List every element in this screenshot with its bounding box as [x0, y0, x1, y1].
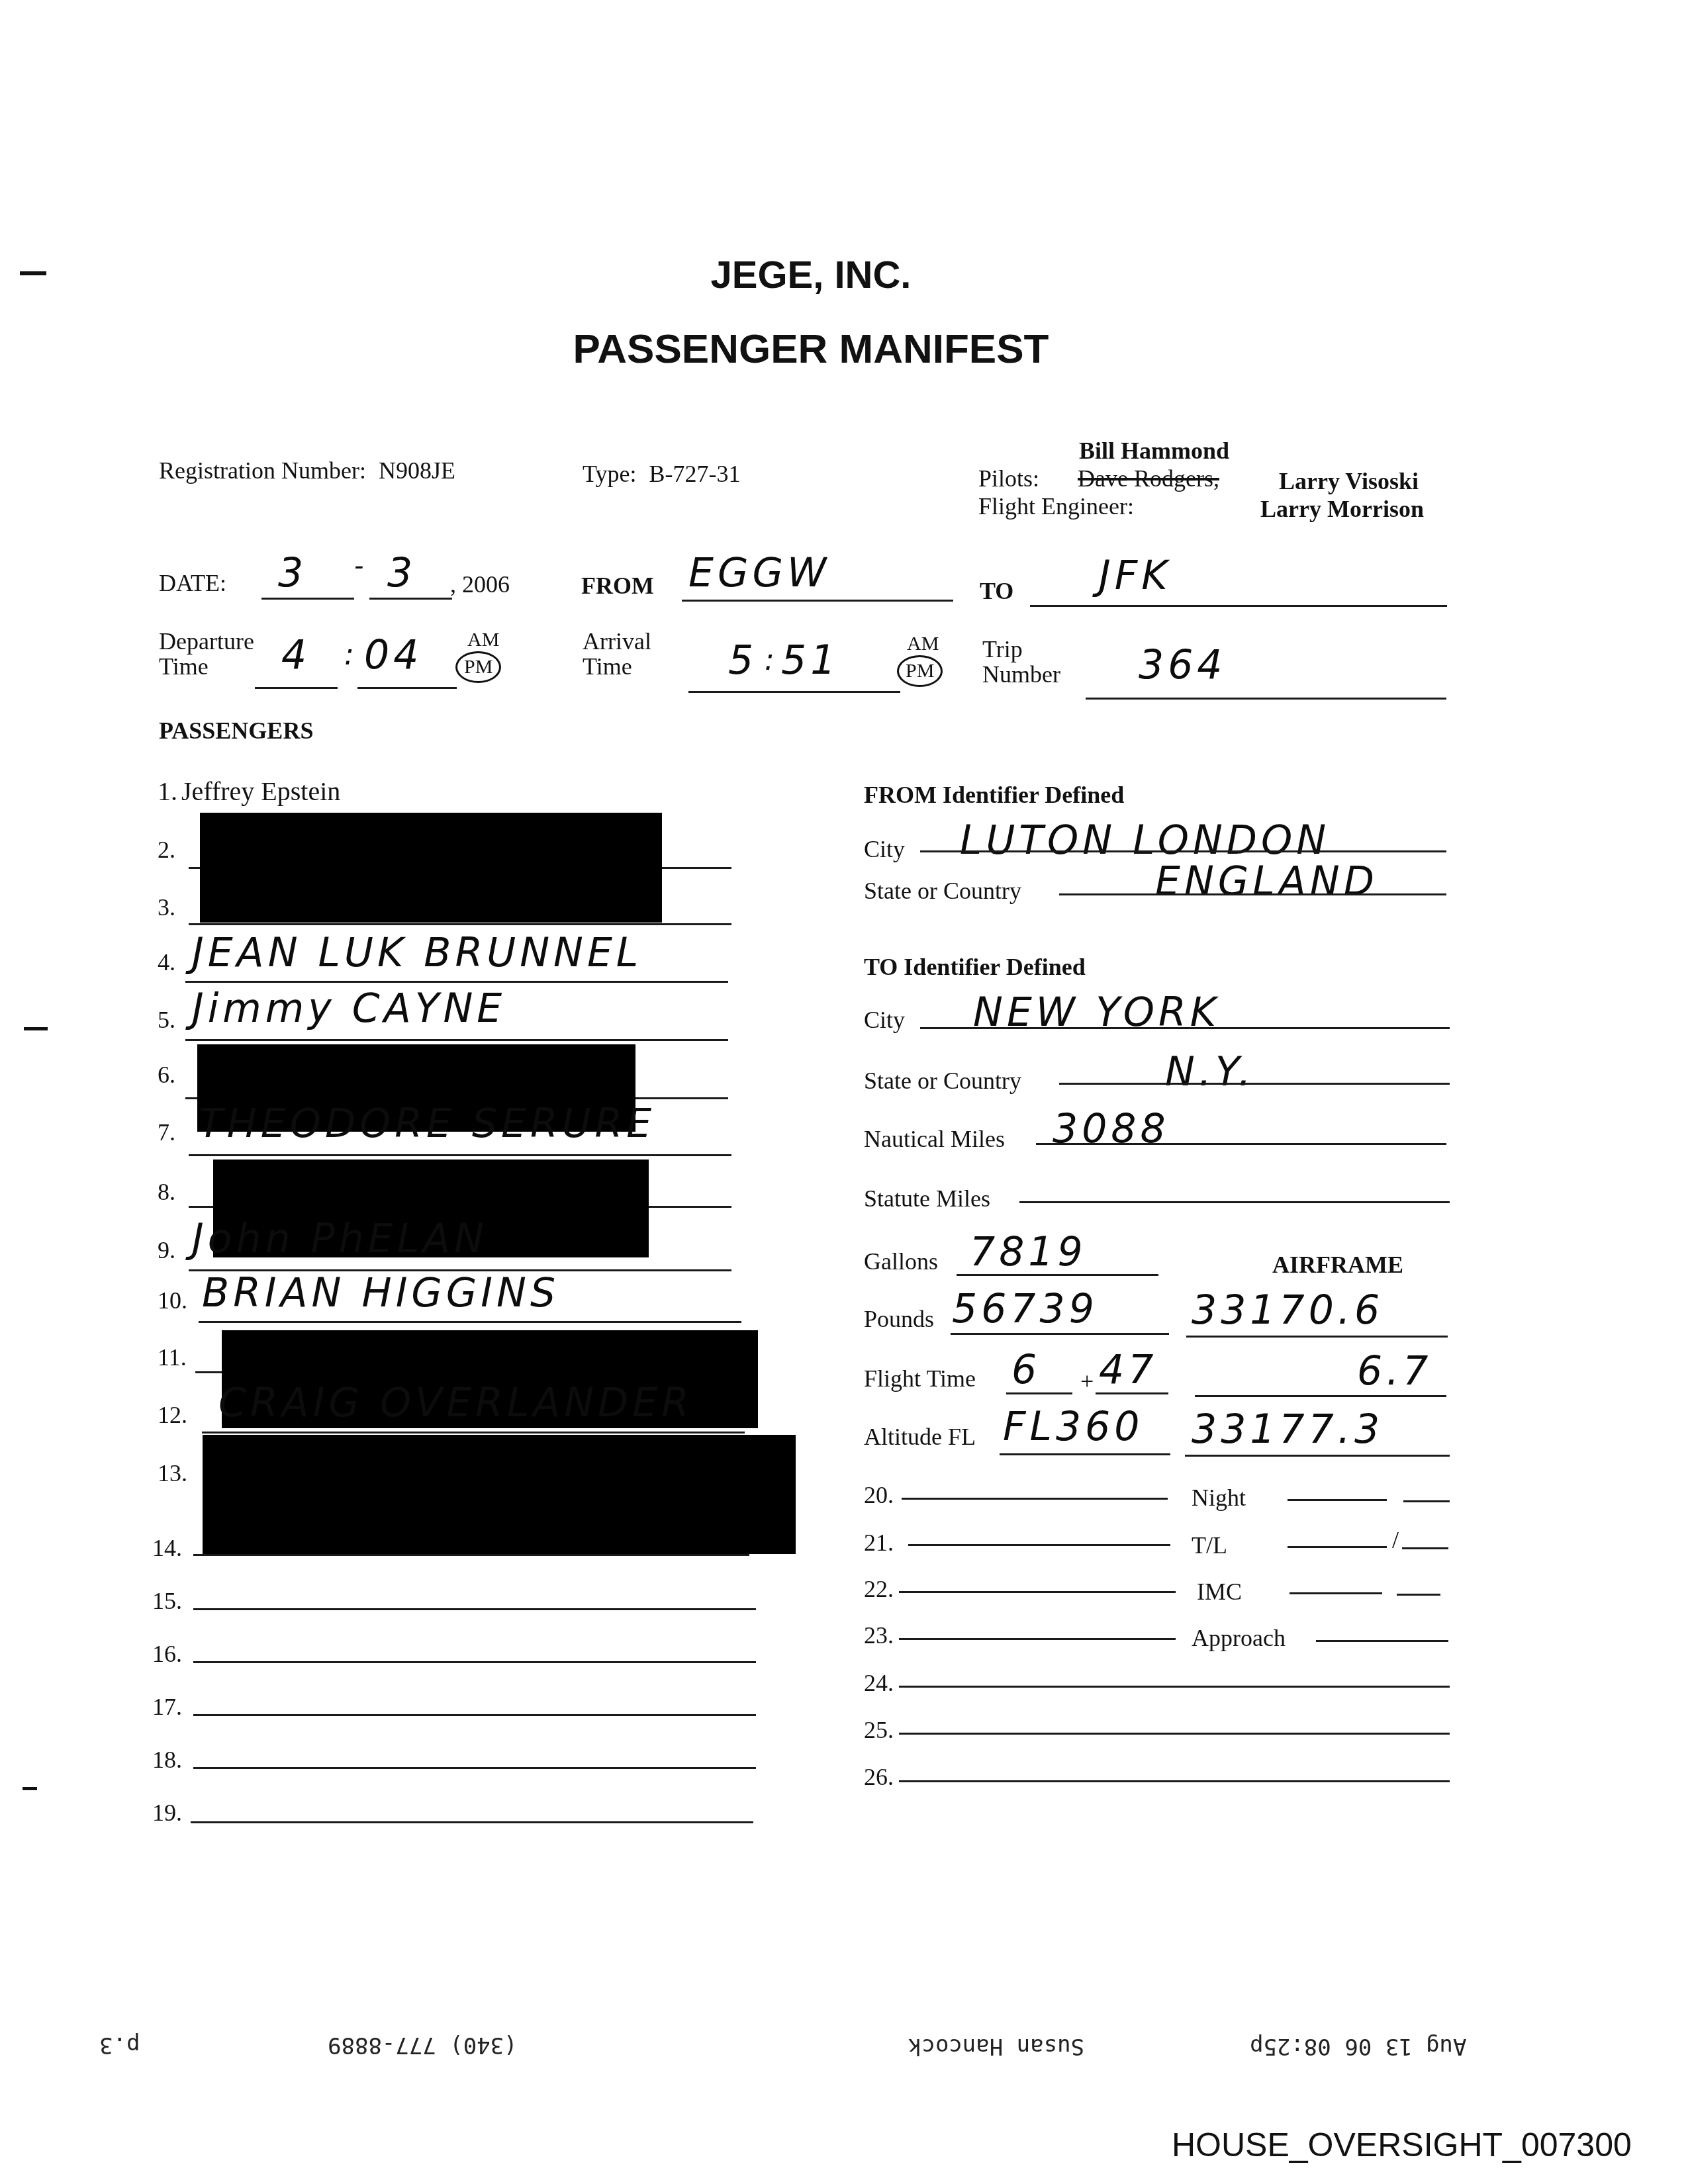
- airframe-time-value: 6.7: [1357, 1351, 1432, 1391]
- passenger-row-1: 1.Jeffrey Epstein: [158, 776, 340, 807]
- altitude-value: FL360: [1003, 1407, 1143, 1447]
- document-title: PASSENGER MANIFEST: [0, 326, 1622, 373]
- passenger-num-9: 9.: [158, 1236, 175, 1264]
- passenger-num-4: 4.: [158, 948, 175, 976]
- flight-time-minutes: 47: [1099, 1350, 1157, 1390]
- registration-field: Registration Number: N908JE: [159, 457, 455, 484]
- altitude-label: Altitude FL: [864, 1423, 976, 1451]
- pounds-value: 56739: [952, 1289, 1098, 1329]
- passenger-num-17: 17.: [152, 1693, 182, 1721]
- passenger-num-3: 3.: [158, 893, 175, 921]
- flight-time-plus: +: [1080, 1367, 1094, 1395]
- departure-time-separator: :: [344, 641, 358, 670]
- fax-page: p.3: [99, 2032, 140, 2058]
- fax-phone: (340) 777-8889: [328, 2032, 518, 2058]
- pilot-2: Larry Visoski: [1279, 467, 1419, 495]
- departure-hour: 4: [281, 635, 310, 675]
- company-name: JEGE, INC.: [0, 253, 1622, 297]
- passenger-num-18: 18.: [152, 1746, 182, 1774]
- row-num-22: 22.: [864, 1575, 894, 1603]
- arrival-hour: 5: [728, 641, 757, 680]
- from-city-value: LUTON LONDON: [960, 821, 1330, 860]
- redaction-box: [200, 813, 662, 923]
- passenger-num-2: 2.: [158, 836, 175, 864]
- passenger-num-13: 13.: [158, 1459, 187, 1487]
- departure-am: AM: [467, 630, 499, 650]
- passenger-num-14: 14.: [152, 1534, 182, 1562]
- bates-number: HOUSE_OVERSIGHT_007300: [1172, 2126, 1632, 2164]
- pounds-label: Pounds: [864, 1305, 934, 1333]
- passenger-num-6: 6.: [158, 1061, 175, 1089]
- approach-label: Approach: [1192, 1624, 1286, 1652]
- trip-number: 364: [1139, 645, 1227, 685]
- passenger-num-15: 15.: [152, 1587, 182, 1615]
- airframe-heading: AIRFRAME: [1272, 1251, 1403, 1279]
- from-identifier-heading: FROM Identifier Defined: [864, 781, 1124, 809]
- from-state-label: State or Country: [864, 877, 1021, 905]
- registration-label: Registration Number:: [159, 457, 366, 484]
- type-field: Type: B-727-31: [583, 460, 740, 488]
- to-label: TO: [980, 577, 1013, 605]
- passenger-num-19: 19.: [152, 1799, 182, 1827]
- passenger-num-8: 8.: [158, 1178, 175, 1206]
- passenger-num-7: 7.: [158, 1118, 175, 1146]
- to-city-value: NEW YORK: [973, 993, 1220, 1032]
- to-identifier-heading: TO Identifier Defined: [864, 953, 1086, 981]
- night-label: Night: [1192, 1484, 1246, 1512]
- row-num-26: 26.: [864, 1763, 894, 1791]
- arrival-minute: 51: [781, 641, 839, 680]
- passenger-name-7: THEODORE SERURE: [199, 1104, 655, 1144]
- passenger-name-5: Jimmy CAYNE: [192, 989, 506, 1028]
- row-num-20: 20.: [864, 1481, 894, 1509]
- imc-label: IMC: [1197, 1578, 1242, 1606]
- date-day: 3: [387, 553, 416, 593]
- passenger-num-10: 10.: [158, 1287, 187, 1314]
- flight-time-hours: 6: [1011, 1350, 1041, 1390]
- type-value: B-727-31: [649, 461, 740, 487]
- scan-mark: [24, 1027, 48, 1030]
- statute-miles-label: Statute Miles: [864, 1185, 990, 1212]
- arrival-pm-circled: PM: [897, 655, 943, 687]
- arrival-label: Arrival Time: [583, 629, 651, 679]
- row-num-25: 25.: [864, 1716, 894, 1744]
- row-num-21: 21.: [864, 1529, 894, 1557]
- to-state-label: State or Country: [864, 1067, 1021, 1095]
- from-label: FROM: [581, 572, 654, 600]
- engineer-label: Flight Engineer:: [978, 492, 1134, 520]
- airframe-start-value: 33170.6: [1192, 1291, 1383, 1330]
- row-num-24: 24.: [864, 1669, 894, 1697]
- passenger-num-12: 12.: [158, 1401, 187, 1429]
- nautical-miles-label: Nautical Miles: [864, 1125, 1005, 1153]
- passengers-heading: PASSENGERS: [159, 717, 313, 745]
- departure-minute: 04: [364, 635, 422, 675]
- departure-label: Departure Time: [159, 629, 254, 679]
- trip-label: Trip Number: [982, 637, 1060, 687]
- passenger-name-12: CRAIG OVERLANDER: [218, 1383, 693, 1423]
- flight-time-label: Flight Time: [864, 1365, 976, 1392]
- redaction-box: [203, 1435, 796, 1554]
- date-year: , 2006: [450, 570, 510, 598]
- to-state-value: N.Y.: [1165, 1052, 1255, 1092]
- scan-mark: [23, 1787, 37, 1790]
- pilot-struck: Dave Rodgers,: [1078, 465, 1219, 492]
- to-value: JFK: [1099, 556, 1172, 596]
- registration-value: N908JE: [379, 457, 455, 484]
- fax-timestamp: Aug 13 06 08:25p: [1250, 2033, 1467, 2060]
- date-label: DATE:: [159, 569, 226, 597]
- departure-pm-circled: PM: [455, 651, 501, 683]
- gallons-label: Gallons: [864, 1248, 938, 1275]
- from-city-label: City: [864, 835, 905, 863]
- arrival-time-separator: :: [765, 646, 778, 675]
- from-value: EGGW: [688, 553, 830, 593]
- passenger-name-9: John PhELAN: [192, 1219, 488, 1259]
- passenger-num-5: 5.: [158, 1006, 175, 1034]
- pilot-added: Bill Hammond: [1079, 437, 1229, 465]
- fax-sender: Susan Hancock: [908, 2033, 1084, 2060]
- gallons-value: 7819: [970, 1232, 1087, 1272]
- airframe-end-value: 33177.3: [1192, 1410, 1383, 1449]
- date-month: 3: [278, 553, 307, 593]
- date-separator: -: [354, 553, 367, 580]
- to-city-label: City: [864, 1006, 905, 1034]
- row-num-23: 23.: [864, 1621, 894, 1649]
- passenger-name-4: JEAN LUK BRUNNEL: [192, 933, 642, 973]
- tl-separator: /: [1392, 1526, 1399, 1554]
- type-label: Type:: [583, 461, 636, 487]
- engineer-name: Larry Morrison: [1260, 495, 1424, 523]
- arrival-am: AM: [907, 634, 939, 654]
- from-state-value: ENGLAND: [1155, 862, 1378, 901]
- passenger-num-16: 16.: [152, 1640, 182, 1668]
- passenger-name-10: BRIAN HIGGINS: [202, 1273, 559, 1313]
- tl-label: T/L: [1192, 1531, 1227, 1559]
- passenger-num-11: 11.: [158, 1343, 187, 1371]
- pilots-label: Pilots:: [978, 465, 1039, 492]
